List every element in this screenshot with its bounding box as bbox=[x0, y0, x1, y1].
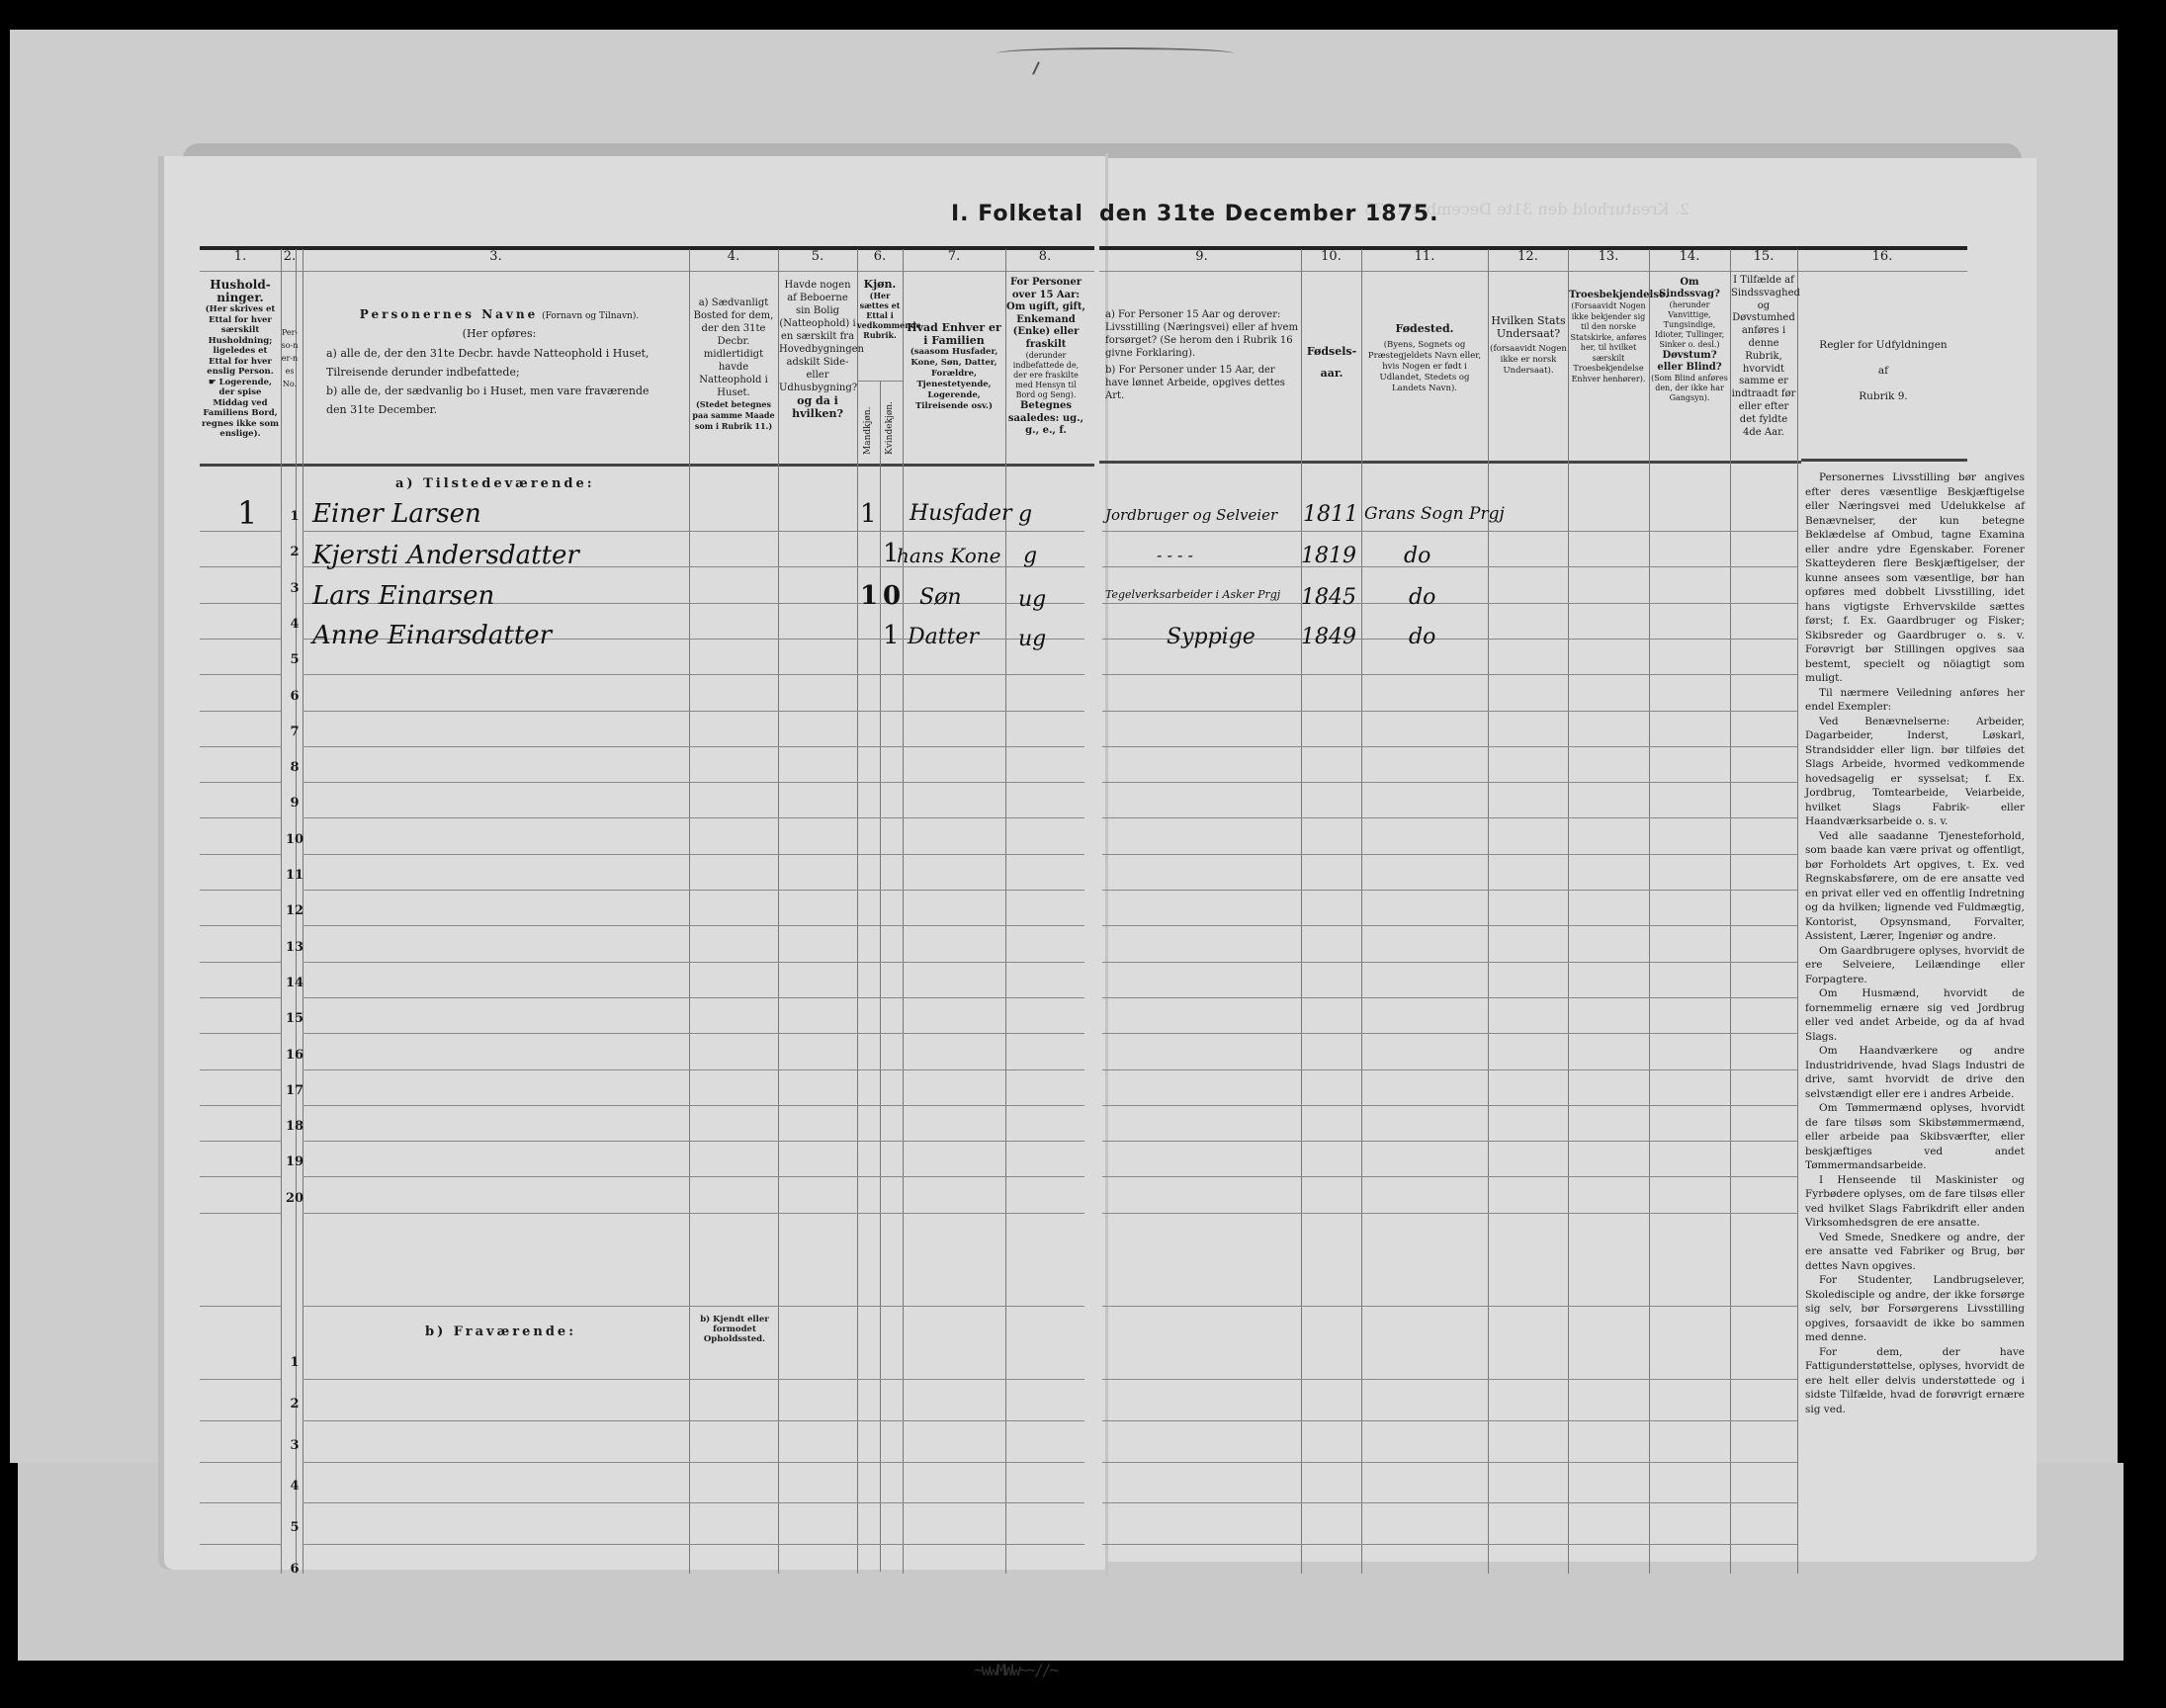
absent-row-rule bbox=[200, 1544, 281, 1545]
absent-row-rule bbox=[1568, 1544, 1649, 1545]
row-rule bbox=[1301, 1141, 1361, 1142]
col16-rubrik: Rubrik 9. bbox=[1799, 384, 1967, 409]
col12-title: Hvilken Stats Undersaat? bbox=[1489, 314, 1568, 340]
row-rule bbox=[200, 1213, 281, 1214]
row-rule bbox=[1301, 817, 1361, 818]
row-rule bbox=[903, 817, 1005, 818]
row-rule bbox=[200, 674, 281, 675]
col-divider-4-5 bbox=[778, 249, 779, 1574]
row-rule bbox=[778, 890, 857, 891]
row-rule bbox=[1649, 1213, 1730, 1214]
col10-header: Fødsels-aar. bbox=[1302, 341, 1361, 384]
row-rule bbox=[1568, 1105, 1649, 1106]
row-rule bbox=[200, 1069, 281, 1070]
absent-row-number: 5 bbox=[286, 1520, 303, 1535]
row-rule bbox=[1102, 854, 1301, 855]
row-rule bbox=[689, 1069, 778, 1070]
row-rule bbox=[1005, 962, 1084, 963]
person-birthplace: do bbox=[1409, 625, 1435, 649]
row-rule bbox=[1361, 1176, 1488, 1177]
absent-row-rule bbox=[1649, 1544, 1730, 1545]
row-rule bbox=[200, 566, 281, 567]
person-marital: ug bbox=[1018, 627, 1046, 651]
row-rule bbox=[1649, 603, 1730, 604]
absent-row-rule bbox=[1730, 1420, 1797, 1421]
row-number: 3 bbox=[286, 581, 303, 596]
row-rule bbox=[1005, 1033, 1084, 1034]
row-number: 10 bbox=[286, 832, 303, 847]
col5-bold: og da i hvilken? bbox=[779, 394, 856, 420]
col8-text: For Personer over 15 Aar: Om ugift, gift… bbox=[1006, 277, 1085, 351]
row-rule bbox=[1649, 1141, 1730, 1142]
row-rule bbox=[689, 674, 778, 675]
absent-row-rule bbox=[1102, 1420, 1301, 1421]
row-rule bbox=[778, 531, 857, 532]
row-number: 11 bbox=[286, 868, 303, 883]
person-occupation: Syppige bbox=[1167, 625, 1256, 649]
row-rule bbox=[903, 1069, 1005, 1070]
row-rule bbox=[778, 1213, 857, 1214]
row-rule bbox=[903, 711, 1005, 712]
row-rule bbox=[778, 1141, 857, 1142]
ink-stroke-top bbox=[996, 47, 1234, 59]
row-number: 13 bbox=[286, 940, 303, 955]
absent-row-number: 3 bbox=[286, 1438, 303, 1453]
absent-row-rule bbox=[1568, 1502, 1649, 1503]
row-rule bbox=[857, 1176, 903, 1177]
row-rule bbox=[778, 997, 857, 998]
row-rule bbox=[1005, 674, 1084, 675]
row-rule bbox=[1568, 817, 1649, 818]
col9-header: a) For Personer 15 Aar og derover: Livss… bbox=[1105, 308, 1299, 402]
absent-row-rule bbox=[1102, 1379, 1301, 1380]
row-rule bbox=[903, 925, 1005, 926]
row-rule bbox=[689, 782, 778, 783]
absent-row-rule bbox=[689, 1502, 778, 1503]
col5-text: Havde nogen af Beboerne sin Bolig (Natte… bbox=[779, 279, 856, 394]
absent-row-rule bbox=[689, 1379, 778, 1380]
colnum-6: 6. bbox=[857, 249, 903, 264]
col3-item-b: b) alle de, der sædvanlig bo i Huset, me… bbox=[326, 382, 672, 419]
row-rule bbox=[689, 531, 778, 532]
absent-row-number: 6 bbox=[286, 1562, 303, 1577]
absent-row-rule bbox=[303, 1420, 689, 1421]
absent-row-rule bbox=[1730, 1462, 1797, 1463]
col6-header: Kjøn. (Her sættes et Ettal i vedkommende… bbox=[857, 279, 903, 340]
row-rule bbox=[778, 925, 857, 926]
row-rule bbox=[1005, 711, 1084, 712]
row-rule bbox=[1488, 1105, 1568, 1106]
row-rule bbox=[1301, 782, 1361, 783]
absent-row-rule bbox=[303, 1502, 689, 1503]
row-number: 7 bbox=[286, 725, 303, 739]
row-rule bbox=[1649, 711, 1730, 712]
row-rule bbox=[689, 817, 778, 818]
row-rule bbox=[1488, 817, 1568, 818]
row-rule bbox=[200, 782, 281, 783]
row-rule bbox=[689, 639, 778, 640]
absent-row-rule bbox=[1488, 1379, 1568, 1380]
row-number: 9 bbox=[286, 796, 303, 811]
absent-row-rule bbox=[1488, 1544, 1568, 1545]
colnum-12: 12. bbox=[1488, 249, 1568, 264]
row-rule bbox=[1488, 1069, 1568, 1070]
col6-title: Kjøn. bbox=[857, 279, 903, 291]
rule-paragraph: Personernes Livsstilling bør angives eft… bbox=[1805, 470, 2025, 686]
row-rule bbox=[857, 711, 903, 712]
row-rule bbox=[200, 817, 281, 818]
row-rule bbox=[1301, 1213, 1361, 1214]
col7-header: Hvad Enhver er i Familien (saasom Husfad… bbox=[904, 321, 1004, 412]
row-rule bbox=[200, 962, 281, 963]
row-rule bbox=[689, 890, 778, 891]
row-rule bbox=[1005, 1176, 1084, 1177]
col-divider-15-16 bbox=[1797, 249, 1798, 1574]
absent-row-rule bbox=[1361, 1462, 1488, 1463]
section-divider bbox=[303, 1306, 689, 1307]
row-rule bbox=[200, 639, 281, 640]
absent-row-rule bbox=[200, 1502, 281, 1503]
person-name: Lars Einarsen bbox=[312, 581, 494, 611]
person-family-role: Datter bbox=[908, 625, 979, 649]
row-rule bbox=[303, 890, 689, 891]
row-rule bbox=[778, 674, 857, 675]
row-rule bbox=[1361, 925, 1488, 926]
row-rule bbox=[1730, 1105, 1797, 1106]
row-rule bbox=[903, 531, 1005, 532]
row-rule bbox=[1488, 531, 1568, 532]
row-rule bbox=[1568, 674, 1649, 675]
absent-row-rule bbox=[778, 1502, 857, 1503]
person-female: 0 bbox=[883, 581, 901, 611]
absent-row-rule bbox=[857, 1544, 903, 1545]
col-divider-14-15 bbox=[1730, 249, 1731, 1574]
absent-row-rule bbox=[1005, 1544, 1084, 1545]
absent-row-rule bbox=[1730, 1544, 1797, 1545]
colnum-15: 15. bbox=[1730, 249, 1797, 264]
absent-row-rule bbox=[303, 1379, 689, 1380]
row-rule bbox=[1301, 1069, 1361, 1070]
person-marital: g bbox=[1018, 502, 1032, 527]
row-rule bbox=[1730, 1213, 1797, 1214]
col3-item-a: a) alle de, der den 31te Decbr. havde Na… bbox=[326, 344, 672, 382]
absent-row-rule bbox=[1102, 1544, 1301, 1545]
rule-paragraph: Om Haandværkere og andre Industridrivend… bbox=[1805, 1044, 2025, 1101]
row-rule bbox=[1361, 746, 1488, 747]
absent-row-rule bbox=[1361, 1379, 1488, 1380]
row-rule bbox=[1005, 1069, 1084, 1070]
row-rule bbox=[303, 1176, 689, 1177]
row-rule bbox=[689, 1033, 778, 1034]
rule-paragraph: Ved Smede, Snedkere og andre, der ere an… bbox=[1805, 1231, 2025, 1274]
col1-note: (Her skrives et Ettal for hver særskilt … bbox=[201, 304, 280, 378]
row-rule bbox=[1488, 603, 1568, 604]
row-number: 16 bbox=[286, 1048, 303, 1063]
row-rule bbox=[1102, 817, 1301, 818]
row-rule bbox=[1488, 639, 1568, 640]
row-rule bbox=[1301, 1176, 1361, 1177]
row-rule bbox=[1730, 782, 1797, 783]
row-rule bbox=[1005, 1141, 1084, 1142]
row-rule bbox=[689, 1176, 778, 1177]
form-title-left: I. Folketal bbox=[951, 202, 1083, 226]
absent-row-rule bbox=[1005, 1420, 1084, 1421]
section-present-label: a) Tilstedeværende: bbox=[395, 476, 595, 491]
col11-header: Fødested. (Byens, Sognets og Præstegjeld… bbox=[1362, 318, 1487, 394]
col-divider-7-8 bbox=[1005, 249, 1006, 1574]
person-birth-year: 1819 bbox=[1301, 544, 1356, 568]
row-rule bbox=[903, 1141, 1005, 1142]
row-rule bbox=[1005, 1105, 1084, 1106]
row-rule bbox=[200, 1141, 281, 1142]
col12-note: (forsaavidt Nogen ikke er norsk Undersaa… bbox=[1489, 344, 1568, 377]
person-family-role: Søn bbox=[919, 585, 962, 610]
row-rule bbox=[857, 674, 903, 675]
row-rule bbox=[1649, 925, 1730, 926]
row-rule bbox=[778, 711, 857, 712]
row-rule bbox=[1730, 817, 1797, 818]
row-rule bbox=[1488, 674, 1568, 675]
row-rule bbox=[303, 925, 689, 926]
row-rule bbox=[689, 746, 778, 747]
col-divider-11-12 bbox=[1488, 249, 1489, 1574]
row-rule bbox=[1102, 674, 1301, 675]
person-birth-year: 1849 bbox=[1301, 625, 1356, 649]
absent-row-rule bbox=[689, 1462, 778, 1463]
row-rule bbox=[778, 1105, 857, 1106]
row-rule bbox=[857, 1141, 903, 1142]
col8-note: (derunder indbefattede de, der ere frask… bbox=[1006, 351, 1085, 400]
row-rule bbox=[1102, 782, 1301, 783]
row-rule bbox=[1102, 566, 1301, 567]
row-rule bbox=[857, 1033, 903, 1034]
row-rule bbox=[1005, 746, 1084, 747]
person-name: Kjersti Andersdatter bbox=[312, 541, 579, 570]
row-rule bbox=[689, 566, 778, 567]
row-rule bbox=[303, 1105, 689, 1106]
col15-header: I Tilfælde af Sindssvaghed og Døvstumhed… bbox=[1731, 275, 1796, 439]
row-rule bbox=[1488, 566, 1568, 567]
absent-row-rule bbox=[778, 1379, 857, 1380]
absent-row-rule bbox=[303, 1544, 689, 1545]
person-marital: ug bbox=[1018, 587, 1046, 612]
row-rule bbox=[1361, 782, 1488, 783]
row-rule bbox=[1488, 1213, 1568, 1214]
row-rule bbox=[1730, 531, 1797, 532]
row-rule bbox=[1361, 1141, 1488, 1142]
colnum-9: 9. bbox=[1102, 249, 1301, 264]
absent-row-rule bbox=[1488, 1502, 1568, 1503]
header-bottom-rule-left bbox=[200, 464, 1094, 467]
absent-row-rule bbox=[1568, 1462, 1649, 1463]
row-rule bbox=[303, 531, 689, 532]
row-rule bbox=[778, 1176, 857, 1177]
row-rule bbox=[1568, 854, 1649, 855]
row-rule bbox=[903, 854, 1005, 855]
rule-paragraph: Ved Benævnelserne: Arbeider, Dagarbeider… bbox=[1805, 715, 2025, 829]
row-rule bbox=[1102, 1176, 1301, 1177]
colnum-1: 1. bbox=[200, 249, 281, 264]
col-divider-9-10 bbox=[1301, 249, 1302, 1574]
row-rule bbox=[857, 925, 903, 926]
col-divider-6-mk bbox=[880, 381, 881, 1572]
row-rule bbox=[200, 997, 281, 998]
row-rule bbox=[857, 962, 903, 963]
row-number: 17 bbox=[286, 1083, 303, 1098]
absent-row-rule bbox=[903, 1462, 1005, 1463]
row-rule bbox=[1102, 890, 1301, 891]
row-rule bbox=[903, 746, 1005, 747]
row-rule bbox=[303, 674, 689, 675]
col16-header: Regler for Udfyldningen af Rubrik 9. bbox=[1799, 332, 1967, 409]
colnum-11: 11. bbox=[1361, 249, 1488, 264]
absent-row-rule bbox=[1568, 1379, 1649, 1380]
row-number: 2 bbox=[286, 545, 303, 559]
colnum-4: 4. bbox=[689, 249, 778, 264]
row-rule bbox=[1730, 566, 1797, 567]
col-divider-6-7 bbox=[903, 249, 904, 1574]
row-rule bbox=[1005, 1213, 1084, 1214]
rule-paragraph: Om Husmænd, hvorvidt de fornemmelig ernæ… bbox=[1805, 986, 2025, 1044]
absent-row-rule bbox=[1361, 1544, 1488, 1545]
row-rule bbox=[200, 603, 281, 604]
row-rule bbox=[1005, 566, 1084, 567]
row-rule bbox=[1102, 1105, 1301, 1106]
row-rule bbox=[303, 962, 689, 963]
row-rule bbox=[1301, 997, 1361, 998]
row-rule bbox=[303, 746, 689, 747]
col2-header: Per-so-ner-nes No. bbox=[281, 326, 299, 390]
row-rule bbox=[1361, 1033, 1488, 1034]
row-rule bbox=[1102, 1033, 1301, 1034]
row-rule bbox=[1488, 1033, 1568, 1034]
row-rule bbox=[903, 1105, 1005, 1106]
row-number: 1 bbox=[286, 509, 303, 524]
absent-location-header: b) Kjendt eller formodet Opholdssted. bbox=[691, 1315, 778, 1344]
absent-row-rule bbox=[1005, 1502, 1084, 1503]
row-rule bbox=[1488, 854, 1568, 855]
row-rule bbox=[1361, 674, 1488, 675]
col9-item-a: a) For Personer 15 Aar og derover: Livss… bbox=[1105, 308, 1299, 360]
row-rule bbox=[1102, 746, 1301, 747]
row-rule bbox=[1488, 997, 1568, 998]
rule-paragraph: Til nærmere Veiledning anføres her endel… bbox=[1805, 686, 2025, 715]
row-rule bbox=[1649, 639, 1730, 640]
col3-header: Personernes Navne (Fornavn og Tilnavn). … bbox=[326, 306, 672, 419]
section-divider bbox=[1488, 1306, 1568, 1307]
row-rule bbox=[303, 782, 689, 783]
row-rule bbox=[1649, 997, 1730, 998]
row-rule bbox=[1649, 1069, 1730, 1070]
absent-row-rule bbox=[1649, 1462, 1730, 1463]
row-rule bbox=[1102, 1213, 1301, 1214]
row-rule bbox=[903, 1033, 1005, 1034]
row-rule bbox=[903, 674, 1005, 675]
row-rule bbox=[857, 782, 903, 783]
colnum-2: 2. bbox=[281, 249, 299, 264]
row-rule bbox=[1488, 1141, 1568, 1142]
row-rule bbox=[200, 854, 281, 855]
row-rule bbox=[689, 1105, 778, 1106]
ink-scribble-bottom: ~wwMWw~~//~ bbox=[974, 1661, 1246, 1678]
col4-text: a) Sædvanligt Bosted for dem, der den 31… bbox=[690, 297, 777, 399]
person-name: Einer Larsen bbox=[312, 499, 481, 529]
row-rule bbox=[1730, 674, 1797, 675]
row-rule bbox=[689, 925, 778, 926]
row-rule bbox=[689, 711, 778, 712]
row-rule bbox=[200, 1176, 281, 1177]
colnum-3: 3. bbox=[303, 249, 689, 264]
person-birthplace: do bbox=[1409, 585, 1435, 610]
row-rule bbox=[1568, 997, 1649, 998]
colnum-14: 14. bbox=[1649, 249, 1730, 264]
row-rule bbox=[1488, 1176, 1568, 1177]
absent-row-rule bbox=[200, 1379, 281, 1380]
row-rule bbox=[303, 817, 689, 818]
section-divider bbox=[903, 1306, 1005, 1307]
colnum-7: 7. bbox=[903, 249, 1005, 264]
absent-row-rule bbox=[1488, 1462, 1568, 1463]
person-occupation: Tegelverksarbeider i Asker Prgj bbox=[1105, 589, 1299, 601]
row-rule bbox=[1005, 997, 1084, 998]
col11-title: Fødested. bbox=[1362, 318, 1487, 340]
row-rule bbox=[1361, 1213, 1488, 1214]
row-rule bbox=[1649, 962, 1730, 963]
row-rule bbox=[1301, 854, 1361, 855]
col5-header: Havde nogen af Beboerne sin Bolig (Natte… bbox=[779, 279, 856, 420]
row-rule bbox=[303, 1213, 689, 1214]
row-rule bbox=[1730, 1176, 1797, 1177]
section-divider bbox=[778, 1306, 857, 1307]
row-rule bbox=[200, 746, 281, 747]
col13-title: Troesbekjendelse. bbox=[1569, 290, 1648, 301]
col6-female-label: Kvindekjøn. bbox=[885, 395, 895, 455]
row-rule bbox=[1730, 1069, 1797, 1070]
row-rule bbox=[1102, 531, 1301, 532]
person-family-role: hans Kone bbox=[897, 544, 1000, 567]
row-number: 18 bbox=[286, 1119, 303, 1134]
row-rule bbox=[1361, 817, 1488, 818]
row-rule bbox=[1301, 674, 1361, 675]
col14-title2: Døvstum? eller Blind? bbox=[1650, 350, 1729, 374]
colnum-5: 5. bbox=[778, 249, 857, 264]
col14-note: (herunder Vanvittige, Tungsindige, Idiot… bbox=[1650, 300, 1729, 350]
row-rule bbox=[1568, 782, 1649, 783]
row-rule bbox=[1649, 531, 1730, 532]
row-rule bbox=[1730, 925, 1797, 926]
absent-row-rule bbox=[903, 1420, 1005, 1421]
row-rule bbox=[1488, 890, 1568, 891]
col-divider-10-11 bbox=[1361, 249, 1362, 1574]
row-rule bbox=[778, 639, 857, 640]
person-female: 1 bbox=[883, 621, 900, 650]
row-rule bbox=[903, 1176, 1005, 1177]
row-rule bbox=[1005, 925, 1084, 926]
row-rule bbox=[1102, 1069, 1301, 1070]
col1-title: Hushold-ninger. bbox=[201, 279, 280, 304]
row-rule bbox=[778, 854, 857, 855]
row-rule bbox=[200, 890, 281, 891]
section-divider bbox=[1102, 1306, 1301, 1307]
row-rule bbox=[1301, 1033, 1361, 1034]
row-rule bbox=[1649, 890, 1730, 891]
row-rule bbox=[303, 997, 689, 998]
section-absent-label: b) Fraværende: bbox=[425, 1324, 576, 1339]
row-rule bbox=[778, 1069, 857, 1070]
row-number: 4 bbox=[286, 617, 303, 632]
absent-row-rule bbox=[1361, 1420, 1488, 1421]
row-rule bbox=[857, 531, 903, 532]
